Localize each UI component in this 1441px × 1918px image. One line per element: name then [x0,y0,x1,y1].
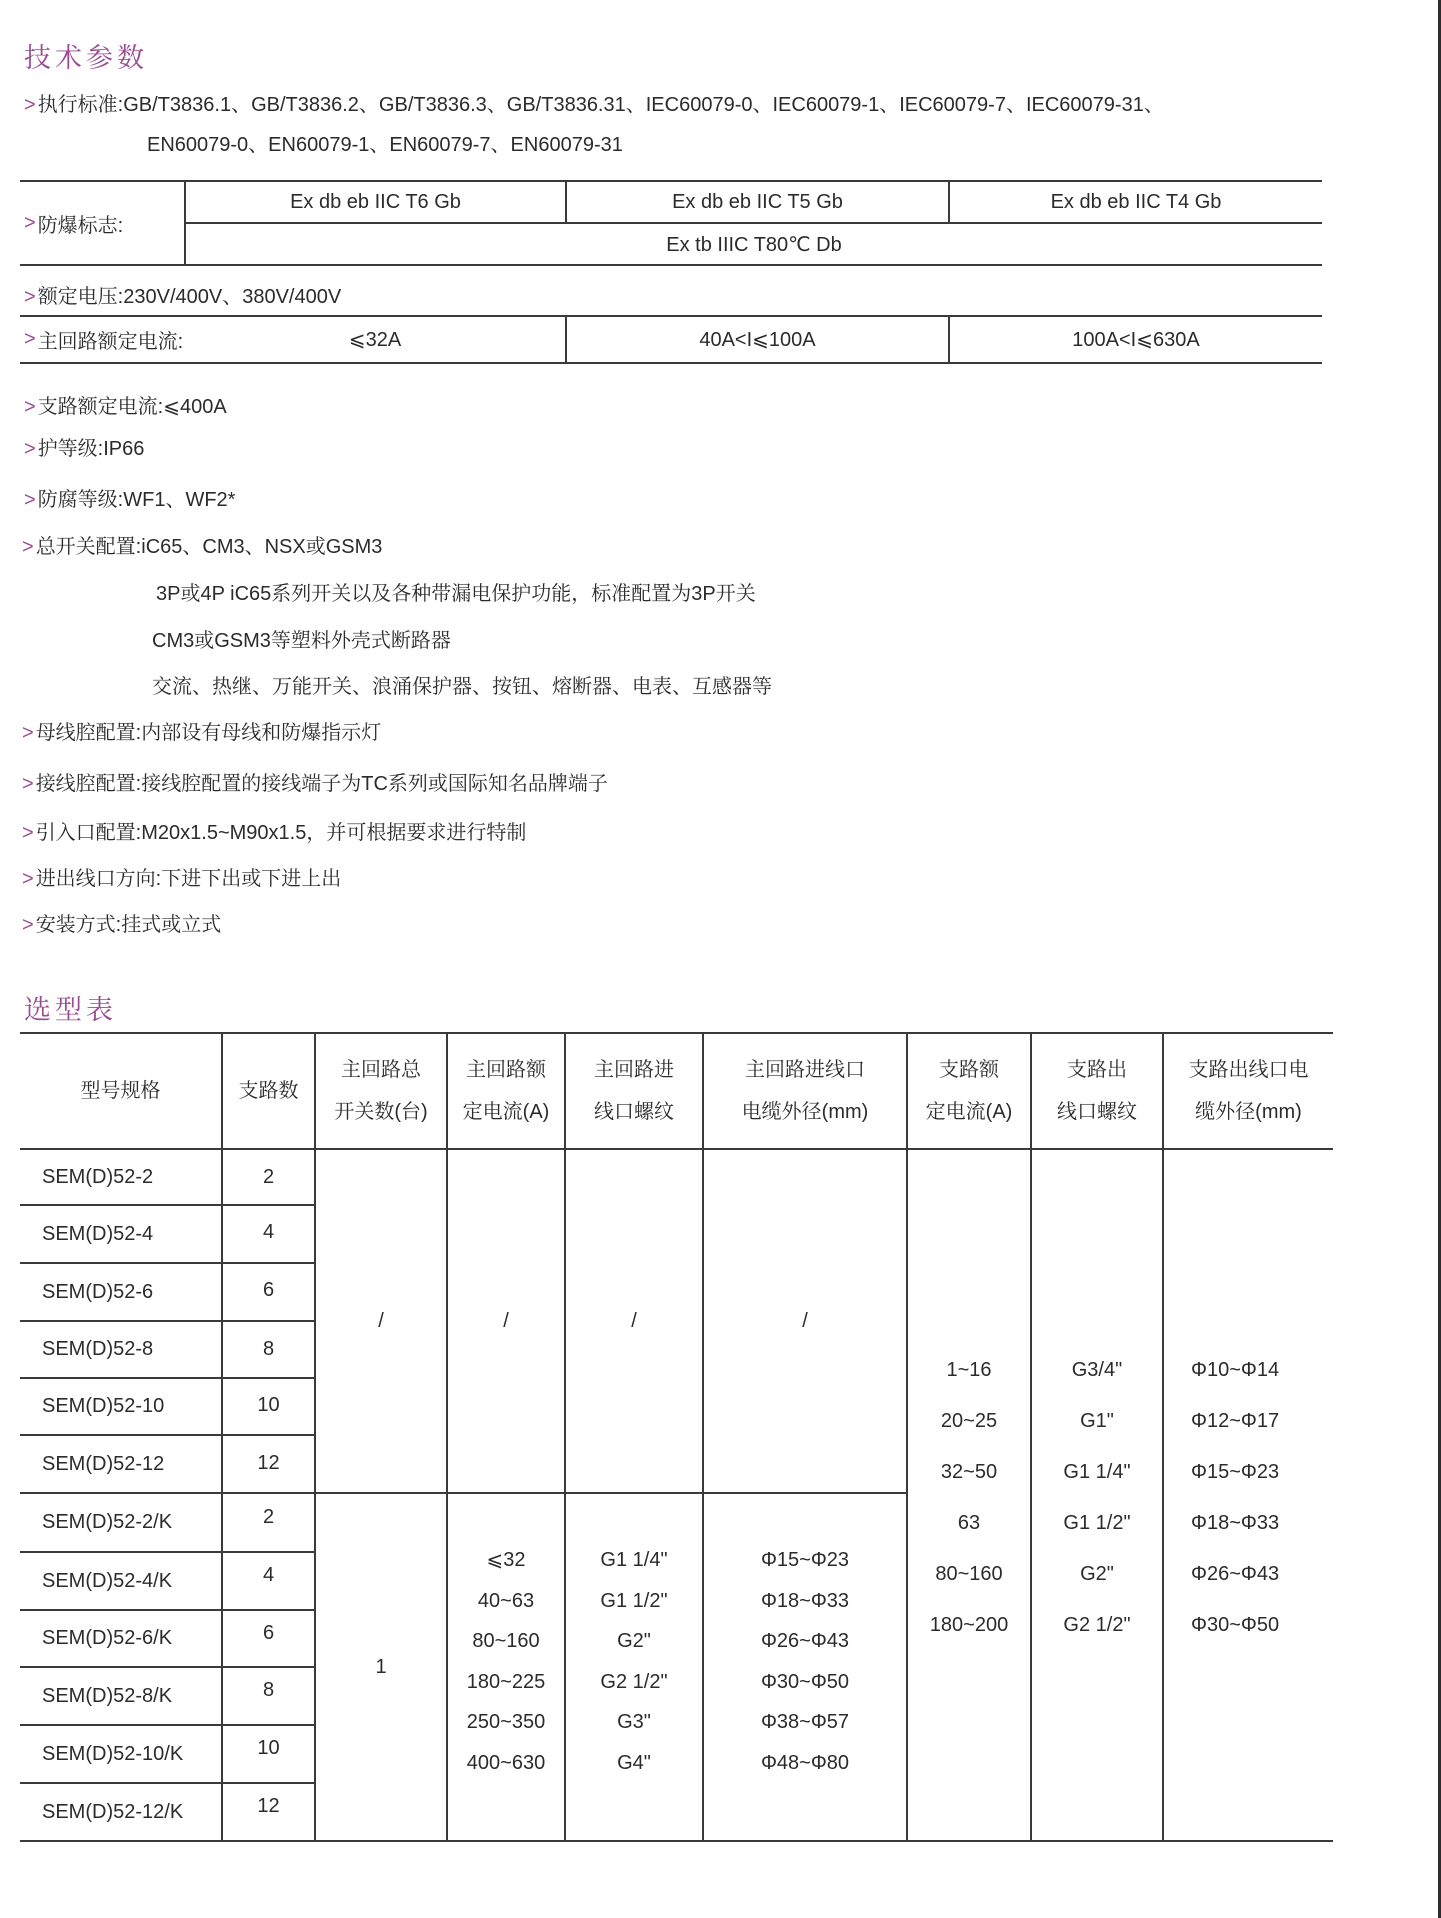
header-branch-cable-dia: 支路出线口电缆外径(mm) [1164,1034,1333,1148]
group1-cable-dia: / [704,1150,906,1492]
group1-switches: / [316,1150,446,1492]
table-row-branches: 4 [223,1206,314,1258]
bullet-arrow-icon: > [24,438,36,460]
table-row-model: SEM(D)52-6 [42,1264,221,1320]
bullet-arrow-icon: > [22,722,34,744]
anticorrosion-line: >防腐等级:WF1、WF2* [24,483,235,512]
table-bottom-rule [20,1840,1333,1842]
bullet-arrow-icon: > [22,822,34,844]
group2-rated-current: ⩽32 40~63 80~160 180~225 250~350 400~630 [448,1540,564,1780]
bullet-arrow-icon: > [22,868,34,890]
bullet-arrow-icon: > [22,536,34,558]
main-current-value-2: 40A<I⩽100A [567,317,948,362]
table-row-model: SEM(D)52-8/K [42,1668,221,1724]
table-row-model: SEM(D)52-2/K [42,1494,221,1551]
bullet-arrow-icon: > [24,328,36,351]
group1-rated-current: / [448,1150,564,1492]
table-row-branches: 2 [223,1494,314,1540]
main-switch-line: >总开关配置:iC65、CM3、NSX或GSM3 [22,530,382,559]
branch-rated-current: 1~16 20~25 32~50 63 80~160 180~200 [908,1345,1030,1645]
standards-value: GB/T3836.1、GB/T3836.2、GB/T3836.3、GB/T383… [123,94,1164,116]
table-row-branches: 10 [223,1726,314,1770]
section-title-tech-params: 技术参数 [24,36,148,75]
table-row-model: SEM(D)52-4 [42,1206,221,1262]
switch-note-1: 3P或4P iC65系列开关以及各种带漏电保护功能，标准配置为3P开关 [156,577,756,606]
branch-cable-dia: Φ10~Φ14 Φ12~Φ17 Φ15~Φ23 Φ18~Φ33 Φ26~Φ43 … [1164,1345,1333,1645]
branch-current-line: >支路额定电流:⩽400A [24,390,227,419]
standards-line: >执行标准:GB/T3836.1、GB/T3836.2、GB/T3836.3、G… [24,88,1164,117]
table-row-model: SEM(D)52-6/K [42,1611,221,1666]
table-row-branches: 10 [223,1379,314,1431]
bullet-arrow-icon: > [24,94,36,116]
table-row-branches: 6 [223,1264,314,1316]
entry-line: >引入口配置:M20x1.5~M90x1.5，并可根据要求进行特制 [22,816,526,845]
installation-line: >安装方式:挂式或立式 [22,908,221,937]
ex-marking-t6: Ex db eb IIC T6 Gb [186,182,565,222]
table-row-model: SEM(D)52-12/K [42,1784,221,1840]
table-row-model: SEM(D)52-12 [42,1436,221,1492]
bullet-arrow-icon: > [24,396,36,418]
group2-thread: G1 1/4" G1 1/2" G2" G2 1/2" G3" G4" [566,1540,702,1780]
header-main-thread: 主回路进线口螺纹 [566,1034,702,1148]
protection-level-line: >护等级:IP66 [24,432,144,461]
group1-thread: / [566,1150,702,1492]
table-row-model: SEM(D)52-10 [42,1379,221,1434]
header-branches: 支路数 [223,1034,314,1148]
table-row-model: SEM(D)52-8 [42,1322,221,1377]
bullet-arrow-icon: > [24,212,36,235]
divider [20,362,1322,364]
divider [20,264,1322,266]
table-row-branches: 12 [223,1436,314,1490]
voltage-line: >额定电压:230V/400V、380V/400V [24,280,341,309]
group2-switches: 1 [316,1494,446,1840]
cable-direction-line: >进出线口方向:下进下出或下进上出 [22,862,341,891]
table-row-branches: 4 [223,1553,314,1597]
bullet-arrow-icon: > [24,286,36,308]
ex-marking-dust: Ex tb IIIC T80℃ Db [186,224,1322,264]
table-row-branches: 8 [223,1668,314,1712]
header-main-cable-dia: 主回路进线口电缆外径(mm) [704,1034,906,1148]
switch-note-3: 交流、热继、万能开关、浪涌保护器、按钮、熔断器、电表、互感器等 [152,670,772,699]
standards-label: 执行标准: [38,94,124,116]
ex-marking-t4: Ex db eb IIC T4 Gb [950,182,1322,222]
terminal-line: >接线腔配置:接线腔配置的接线端子为TC系列或国际知名品牌端子 [22,767,608,796]
header-branch-rated-current: 支路额定电流(A) [908,1034,1030,1148]
table-row-model: SEM(D)52-2 [42,1150,221,1204]
section-title-selection: 选型表 [24,988,117,1027]
bullet-arrow-icon: > [22,914,34,936]
header-branch-thread: 支路出线口螺纹 [1032,1034,1162,1148]
bullet-arrow-icon: > [22,773,34,795]
ex-marking-label: >防爆标志: [24,182,184,264]
table-row-branches: 6 [223,1611,314,1655]
header-main-rated-current: 主回路额定电流(A) [448,1034,564,1148]
ex-marking-t5: Ex db eb IIC T5 Gb [567,182,948,222]
table-row-branches: 12 [223,1784,314,1828]
bullet-arrow-icon: > [24,489,36,511]
group2-cable-dia: Φ15~Φ23 Φ18~Φ33 Φ26~Φ43 Φ30~Φ50 Φ38~Φ57 … [704,1540,906,1780]
table-row-branches: 2 [223,1150,314,1204]
table-row-model: SEM(D)52-4/K [42,1553,221,1609]
main-current-value-3: 100A<I⩽630A [950,317,1322,362]
table-row-model: SEM(D)52-10/K [42,1726,221,1782]
standards-line-2: EN60079-0、EN60079-1、EN60079-7、EN60079-31 [147,128,623,157]
header-model: 型号规格 [20,1034,221,1148]
main-current-value-1: ⩽32A [255,317,495,362]
branch-thread: G3/4" G1" G1 1/4" G1 1/2" G2" G2 1/2" [1032,1345,1162,1645]
table-row-branches: 8 [223,1322,314,1377]
switch-note-2: CM3或GSM3等塑料外壳式断路器 [152,624,451,653]
header-main-switches: 主回路总开关数(台) [316,1034,446,1148]
busbar-line: >母线腔配置:内部设有母线和防爆指示灯 [22,716,381,745]
voltage-value: 230V/400V、380V/400V [123,286,341,308]
